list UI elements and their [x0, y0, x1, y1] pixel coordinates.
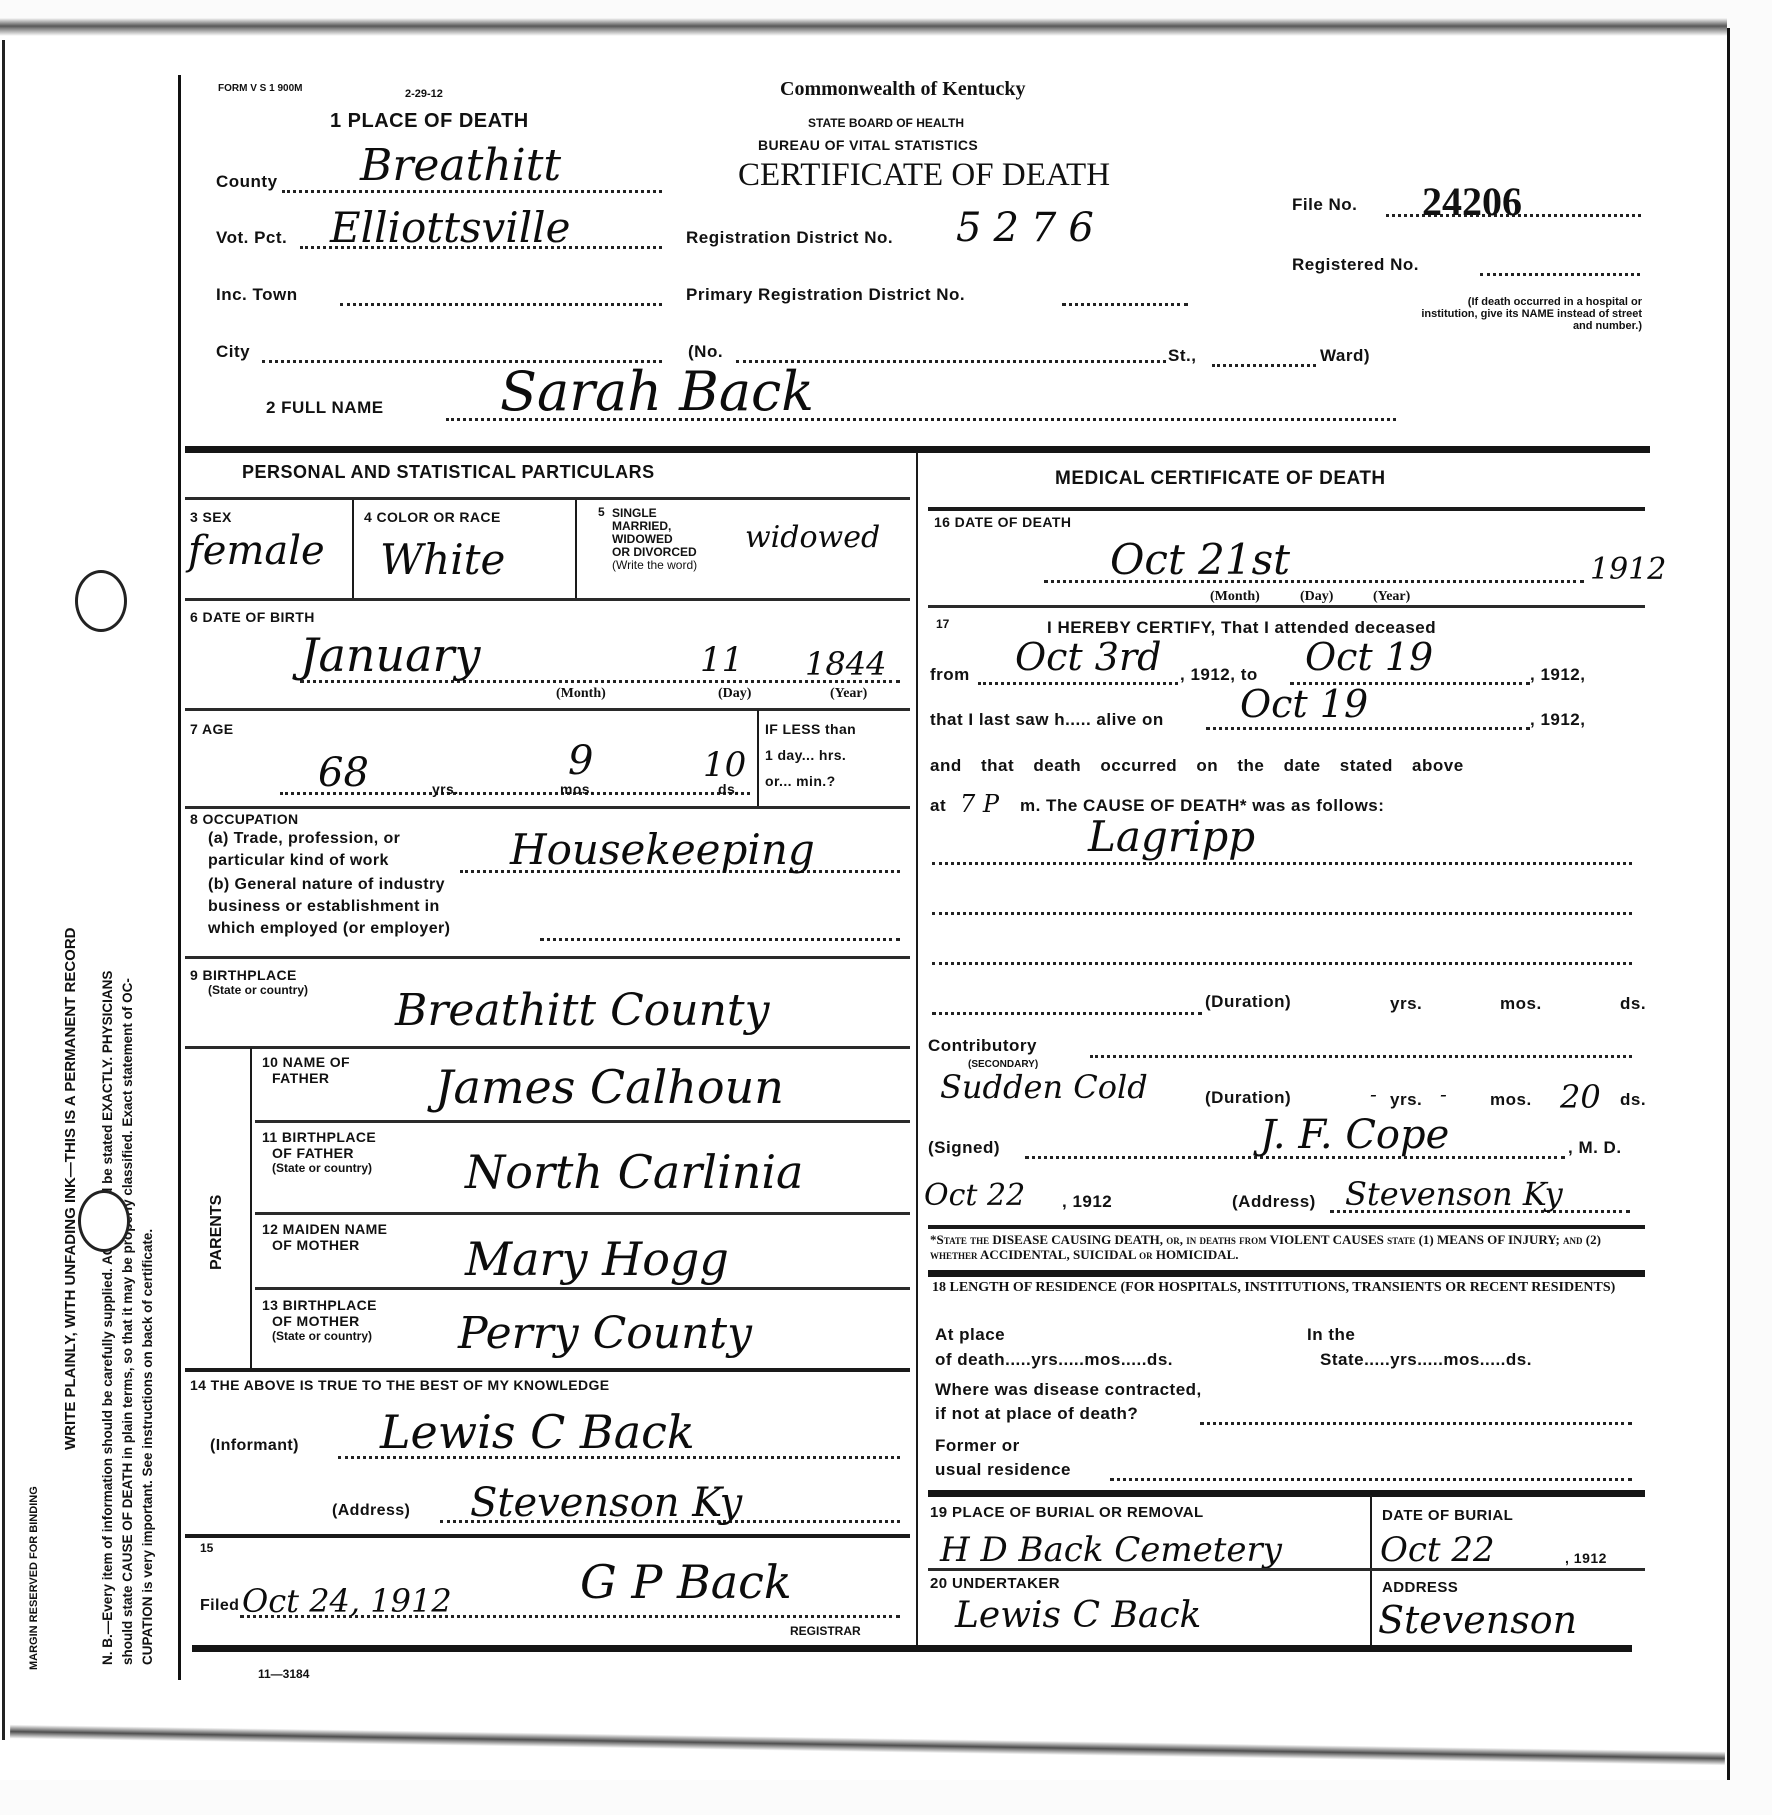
dod-day-caption: (Day) [1300, 590, 1333, 603]
physician-signature: J. F. Cope [1260, 1112, 1449, 1158]
divider [185, 956, 910, 959]
signed-address-value: Stevenson Ky [1345, 1175, 1563, 1213]
divider [255, 1287, 910, 1290]
cause-duration-ds: ds. [1620, 994, 1646, 1014]
primary-registration-label: Primary Registration District No. [686, 285, 965, 305]
vot-pct-value: Elliottsville [330, 203, 570, 252]
mother-birthplace-value: Perry County [458, 1308, 752, 1359]
former-residence-2: usual residence [935, 1460, 1071, 1480]
father-name-value: James Calhoun [435, 1060, 784, 1114]
burial-place-value: H D Back Cemetery [940, 1530, 1282, 1570]
registrar-signature: G P Back [580, 1555, 792, 1609]
punch-hole [75, 570, 127, 632]
form-date: 2-29-12 [405, 88, 443, 101]
residence-label: 18 LENGTH OF RESIDENCE (FOR HOSPITALS, I… [932, 1280, 1642, 1296]
birthplace-label: 9 BIRTHPLACE [190, 968, 297, 983]
undertaker-label: 20 UNDERTAKER [930, 1576, 1060, 1591]
divider [185, 1046, 910, 1049]
occupation-a-2: particular kind of work [208, 852, 389, 870]
vot-pct-label: Vot. Pct. [216, 228, 287, 248]
from-dotline [978, 682, 1178, 685]
registration-district-value: 5276 [956, 205, 1106, 251]
contributory-duration-mos-value: - [1440, 1082, 1447, 1106]
last-saw-dotline [1206, 727, 1530, 730]
dod-month-caption: (Month) [1210, 590, 1260, 603]
dob-month: January [300, 628, 481, 682]
occupation-b-1: (b) General nature of industry [208, 876, 445, 894]
sex-label: 3 SEX [190, 510, 232, 525]
divider [928, 1225, 1645, 1229]
divider [185, 1534, 910, 1538]
form-code: 11—3184 [258, 1668, 309, 1681]
contributory-duration-ds-value: 20 [1560, 1078, 1601, 1116]
burial-date-value: Oct 22 [1380, 1530, 1495, 1570]
contributory-duration-ds: ds. [1620, 1090, 1646, 1110]
age-ds-caption: ds. [718, 782, 739, 797]
margin-instruction-2: should state CAUSE OF DEATH in plain ter… [120, 978, 135, 1665]
dod-year-caption: (Year) [1373, 590, 1410, 603]
dob-year: 1844 [805, 645, 886, 683]
divider [928, 1490, 1645, 1497]
registration-district-label: Registration District No. [686, 228, 893, 248]
mother-birthplace-label-2: OF MOTHER [272, 1314, 360, 1329]
informant-address-label: (Address) [332, 1503, 410, 1518]
filed-label: Filed [200, 1598, 239, 1613]
age-years: 68 [318, 750, 369, 796]
mother-name-label-2: OF MOTHER [272, 1238, 360, 1253]
divider [928, 1568, 1645, 1571]
if-less-1: IF LESS than [765, 722, 856, 737]
signed-year: , 1912 [1062, 1192, 1112, 1212]
dob-label: 6 DATE OF BIRTH [190, 610, 315, 625]
to-year: , 1912, [1530, 665, 1586, 685]
contributory-label: Contributory [928, 1036, 1037, 1056]
cause-dotline-1 [932, 862, 1632, 865]
divider [185, 598, 910, 601]
signed-label: (Signed) [928, 1138, 1000, 1158]
registered-number-label: Registered No. [1292, 255, 1419, 275]
dob-day: 11 [700, 640, 743, 680]
inc-town-dotline [340, 303, 662, 306]
in-state-duration: State.....yrs.....mos.....ds. [1320, 1350, 1532, 1370]
father-birthplace-label-1: 11 BIRTHPLACE [262, 1130, 376, 1145]
mother-name-label-1: 12 MAIDEN NAME [262, 1222, 387, 1237]
medical-heading: MEDICAL CERTIFICATE OF DEATH [1055, 468, 1386, 490]
informant-heading: 14 THE ABOVE IS TRUE TO THE BEST OF MY K… [190, 1378, 610, 1393]
cell-divider [575, 500, 577, 600]
burial-place-label: 19 PLACE OF BURIAL OR REMOVAL [930, 1505, 1204, 1520]
age-months: 9 [568, 738, 593, 784]
cause-dotline-2 [932, 912, 1632, 915]
divider [185, 1368, 910, 1372]
at-label: at [930, 796, 946, 816]
at-place-label: At place [935, 1325, 1005, 1345]
file-number-label: File No. [1292, 195, 1357, 215]
marital-value: widowed [745, 520, 880, 555]
informant-address-value: Stevenson Ky [470, 1480, 742, 1526]
burial-date-label: DATE OF BURIAL [1382, 1508, 1513, 1523]
inc-town-label: Inc. Town [216, 285, 298, 305]
undertaker-value: Lewis C Back [955, 1595, 1201, 1636]
divider [928, 605, 1645, 608]
cell-divider [757, 710, 759, 808]
certificate-title: CERTIFICATE OF DEATH [738, 157, 1110, 194]
certify-number: 17 [936, 618, 949, 631]
date-of-death-year: 1912 [1590, 552, 1666, 587]
mother-birthplace-label-3: (State or country) [272, 1330, 372, 1343]
divider [185, 806, 910, 809]
where-contracted-2: if not at place of death? [935, 1404, 1138, 1424]
burial-year: , 1912 [1565, 1550, 1607, 1566]
dob-month-caption: (Month) [556, 687, 606, 700]
full-name-value: Sarah Back [500, 360, 814, 423]
registered-number-dotline [1480, 273, 1640, 276]
former-residence-dotline [1110, 1478, 1632, 1481]
place-of-death-heading: 1 PLACE OF DEATH [330, 110, 529, 133]
cause-duration-mos: mos. [1500, 994, 1542, 1014]
file-number-value: 24206 [1422, 178, 1522, 225]
contributory-duration-yrs: yrs. [1390, 1090, 1422, 1110]
parents-label: PARENTS [208, 1195, 226, 1270]
divider [255, 1120, 910, 1123]
contributory-dotline [1090, 1055, 1632, 1058]
ward-dotline [1212, 364, 1316, 367]
if-less-2: 1 day... hrs. [765, 748, 846, 763]
father-name-label-1: 10 NAME OF [262, 1055, 350, 1070]
cause-dotline-4 [932, 1012, 1202, 1015]
contributory-duration-yrs-value: - [1370, 1082, 1377, 1106]
cause-duration-yrs: yrs. [1390, 994, 1422, 1014]
parents-divider [250, 1048, 252, 1368]
md-label: , M. D. [1568, 1138, 1622, 1158]
contributory-duration-label: (Duration) [1205, 1088, 1291, 1108]
birthplace-sub: (State or country) [208, 984, 308, 997]
last-saw-year: , 1912, [1530, 710, 1586, 730]
mother-name-value: Mary Hogg [465, 1232, 729, 1286]
city-label: City [216, 342, 250, 362]
father-birthplace-value: North Carlinia [465, 1145, 803, 1199]
paper-left-edge [2, 40, 5, 1740]
cell-divider [352, 500, 354, 600]
occupation-b-2: business or establishment in [208, 898, 440, 916]
from-label: from [930, 665, 970, 685]
dob-year-caption: (Year) [830, 687, 867, 700]
undertaker-address-label: ADDRESS [1382, 1580, 1458, 1595]
punch-hole [78, 1190, 130, 1252]
mother-birthplace-label-1: 13 BIRTHPLACE [262, 1298, 377, 1313]
former-residence-1: Former or [935, 1436, 1020, 1456]
where-contracted-dotline [1200, 1422, 1632, 1425]
cause-footnote: *State the DISEASE CAUSING DEATH, or, in… [930, 1232, 1645, 1262]
birthplace-value: Breathitt County [395, 985, 769, 1036]
at-time-value: 7 P [960, 790, 999, 818]
contributory-duration-mos: mos. [1490, 1090, 1532, 1110]
undertaker-address-value: Stevenson [1378, 1598, 1577, 1642]
occurred-text: and that death occurred on the date stat… [930, 756, 1464, 776]
filed-number: 15 [200, 1542, 213, 1555]
father-birthplace-label-2: OF FATHER [272, 1146, 354, 1161]
marital-label-5: (Write the word) [612, 559, 697, 572]
cause-duration-label: (Duration) [1205, 992, 1291, 1012]
sex-value: female [188, 528, 325, 574]
from-value: Oct 3rd [1015, 635, 1161, 679]
age-label: 7 AGE [190, 722, 234, 737]
occupation-value: Housekeeping [510, 825, 815, 874]
occupation-a-1: (a) Trade, profession, or [208, 830, 400, 848]
informant-value: Lewis C Back [380, 1405, 695, 1459]
age-mos-caption: mos. [560, 782, 594, 797]
state-name: Commonwealth of Kentucky [780, 78, 1026, 101]
divider [192, 1645, 1632, 1652]
last-saw-label: that I last saw h..... alive on [930, 710, 1164, 730]
full-name-label: 2 FULL NAME [266, 398, 384, 418]
occupation-label: 8 OCCUPATION [190, 812, 299, 827]
age-days: 10 [703, 745, 746, 785]
in-the-label: In the [1307, 1325, 1355, 1345]
date-of-death-value: Oct 21st [1110, 535, 1290, 584]
registrar-label: REGISTRAR [790, 1625, 861, 1638]
hospital-note: (If death occurred in a hospital or inst… [1420, 296, 1642, 332]
informant-label: (Informant) [210, 1438, 299, 1453]
employer-dotline [540, 938, 900, 941]
bureau-name: BUREAU OF VITAL STATISTICS [758, 138, 978, 153]
margin-reserved-text: MARGIN RESERVED FOR BINDING [28, 1486, 40, 1670]
occupation-b-3: which employed (or employer) [208, 920, 450, 938]
margin-instruction-1: N. B.—Every item of information should b… [100, 971, 115, 1665]
county-label: County [216, 172, 278, 192]
age-yrs-caption: yrs. [432, 782, 459, 797]
paper-top-edge [0, 18, 1727, 36]
contributory-value: Sudden Cold [940, 1068, 1148, 1106]
column-divider [916, 452, 918, 1647]
ward-label: Ward) [1320, 346, 1370, 366]
cause-of-death-value: Lagripp [1088, 812, 1255, 861]
cause-dotline-3 [932, 962, 1632, 965]
where-contracted-1: Where was disease contracted, [935, 1380, 1202, 1400]
date-of-death-label: 16 DATE OF DEATH [934, 515, 1071, 530]
to-value: Oct 19 [1305, 635, 1433, 679]
street-number-label: (No. [688, 342, 723, 362]
last-saw-value: Oct 19 [1240, 682, 1368, 726]
divider [185, 708, 910, 711]
signed-date-value: Oct 22 [924, 1178, 1025, 1213]
dob-day-caption: (Day) [718, 687, 751, 700]
divider [255, 1212, 910, 1215]
race-label: 4 COLOR OR RACE [364, 510, 501, 525]
form-number: FORM V S 1 900M [218, 82, 302, 95]
divider [928, 1270, 1645, 1277]
father-birthplace-label-3: (State or country) [272, 1162, 372, 1175]
marital-number: 5 [598, 506, 605, 519]
filed-date-value: Oct 24, 1912 [242, 1582, 452, 1620]
signed-address-label: (Address) [1232, 1192, 1316, 1212]
primary-registration-dotline [1062, 303, 1188, 306]
of-death-duration: of death.....yrs.....mos.....ds. [935, 1350, 1173, 1370]
margin-write-plainly: WRITE PLAINLY, WITH UNFADING INK—THIS IS… [62, 927, 79, 1450]
binding-margin-border [178, 75, 181, 1680]
county-value: Breathitt [360, 140, 561, 191]
personal-heading: PERSONAL AND STATISTICAL PARTICULARS [242, 462, 655, 483]
if-less-3: or... min.? [765, 774, 836, 789]
divider [185, 497, 910, 500]
father-name-label-2: FATHER [272, 1071, 329, 1086]
margin-instruction-3: CUPATION is very important. See instruct… [140, 1229, 155, 1665]
race-value: White [380, 535, 505, 584]
divider [928, 507, 1645, 511]
board-name: STATE BOARD OF HEALTH [808, 117, 964, 130]
street-label: St., [1168, 346, 1196, 366]
